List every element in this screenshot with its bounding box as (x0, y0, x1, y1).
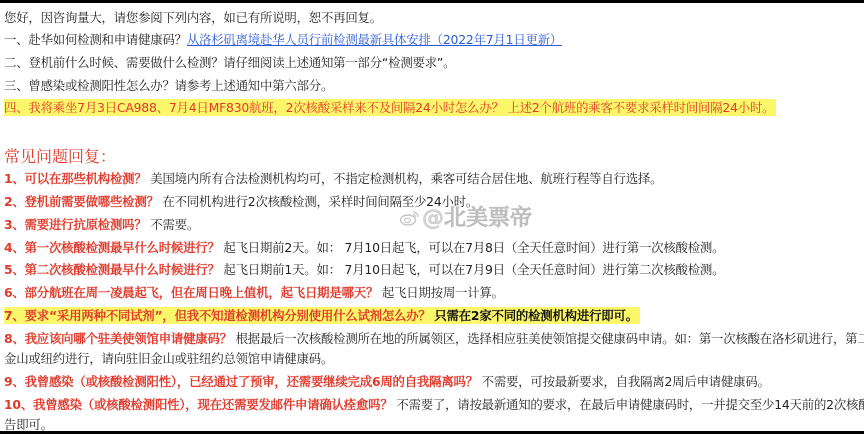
faq-item-8-continued: 金山或纽约进行，请向驻旧金山或驻纽约总领馆申请健康码。 (4, 350, 333, 367)
faq-item-5: 5、第二次核酸检测最早什么时候进行？ 起飞日期前1天。如： 7月10日起飞，可以… (4, 261, 724, 278)
faq-heading: 常见问题回复： (4, 146, 116, 168)
intro-item-2: 二、登机前什么时候、需要做什么检测？请仔细阅读上述通知第一部分“检测要求”。 (4, 54, 455, 71)
faq-question: 3、需要进行抗原检测吗？ (4, 217, 147, 232)
faq-item-6: 6、部分航班在周一凌晨起飞，但在周日晚上值机，起飞日期是哪天？ 起飞日期按周一计… (4, 284, 504, 301)
faq-item-3: 3、需要进行抗原检测吗？ 不需要。 (4, 216, 199, 233)
faq-item-7: 7、要求“采用两种不同试剂”，但我不知道检测机构分别使用什么试剂怎么办？ 只需在… (4, 307, 640, 324)
faq-item-8: 8、我应该向哪个驻美使领馆申请健康码？ 根据最后一次核酸检测所在地的所属领区，选… (4, 330, 864, 347)
faq-question: 5、第二次核酸检测最早什么时候进行？ (4, 262, 220, 277)
faq-item-9: 9、我曾感染（或核酸检测阳性），已经通过了预审，还需要继续完成6周的自我隔离吗？… (4, 373, 770, 390)
faq-question: 2、登机前需要做哪些检测？ (4, 194, 159, 209)
faq-item-1: 1、可以在那些机构检测？ 美国境内所有合法检测机构均可，不指定检测机构，乘客可结… (4, 170, 662, 187)
faq-item-4: 4、第一次核酸检测最早什么时候进行？ 起飞日期前2天。如： 7月10日起飞，可以… (4, 239, 724, 256)
intro-item-1: 一、赴华如何检测和申请健康码？从洛杉矶离境赴华人员行前检测最新具体安排（2022… (4, 31, 562, 48)
faq-document: 您好，因咨询量大，请您参阅下列内容，如已有所说明，恕不再回复。 一、赴华如何检测… (0, 3, 864, 431)
watermark: @北美票帝 (400, 206, 532, 232)
faq-question: 4、第一次核酸检测最早什么时候进行？ (4, 240, 220, 255)
faq-item-10-continued: 告即可。 (4, 416, 53, 431)
faq-question: 10、我曾感染（或核酸检测阳性），现在还需要发邮件申请确认痊愈吗？ (4, 397, 393, 412)
faq-item-10: 10、我曾感染（或核酸检测阳性），现在还需要发邮件申请确认痊愈吗？ 不需要了，请… (4, 396, 864, 413)
faq-answer: 不需要，可按最新要求，自我隔离2周后申请健康码。 (482, 374, 770, 389)
intro-item-4: 四、我将乘坐7月3日CA988、7月4日MF830航班，2次核酸采样来不及间隔2… (4, 99, 776, 116)
faq-answer: 起飞日期前1天。如： 7月10日起飞，可以在7月9日（全天任意时间）进行第二次核… (223, 262, 724, 277)
faq-question: 8、我应该向哪个驻美使领馆申请健康码？ (4, 331, 232, 346)
faq-answer: 美国境内所有合法检测机构均可，不指定检测机构，乘客可结合居住地、航班行程等自行选… (150, 171, 662, 186)
intro-item-3: 三、曾感染或检测阳性怎么办？请参考上述通知中第六部分。 (4, 77, 333, 94)
faq-answer: 不需要了，请按最新通知的要求，在最后申请健康码时，一并提交至少14天前的2次核酸… (396, 397, 864, 412)
testing-arrangement-link[interactable]: 从洛杉矶离境赴华人员行前检测最新具体安排（2022年7月1日更新） (187, 32, 562, 47)
faq-question: 1、可以在那些机构检测？ (4, 171, 147, 186)
faq-question: 6、部分航班在周一凌晨起飞，但在周日晚上值机，起飞日期是哪天？ (4, 285, 378, 300)
intro-item-4-highlighted: 四、我将乘坐7月3日CA988、7月4日MF830航班，2次核酸采样来不及间隔2… (4, 99, 776, 116)
faq-answer: 起飞日期按周一计算。 (382, 285, 504, 300)
faq-question: 9、我曾感染（或核酸检测阳性），已经通过了预审，还需要继续完成6周的自我隔离吗？ (4, 374, 478, 389)
faq-answer: 根据最后一次核酸检测所在地的所属领区，选择相应驻美使领馆提交健康码申请。如：第一… (236, 331, 864, 346)
intro-item-1-prefix: 一、赴华如何检测和申请健康码？ (4, 32, 187, 47)
faq-answer: 只需在2家不同的检测机构进行即可。 (434, 308, 637, 323)
weibo-icon (400, 207, 420, 223)
watermark-text: @北美票帝 (422, 206, 532, 231)
faq-answer: 不需要。 (150, 217, 199, 232)
faq-question: 7、要求“采用两种不同试剂”，但我不知道检测机构分别使用什么试剂怎么办？ (4, 308, 431, 323)
faq-answer: 起飞日期前2天。如： 7月10日起飞，可以在7月8日（全天任意时间）进行第一次核… (223, 240, 724, 255)
greeting-text: 您好，因咨询量大，请您参阅下列内容，如已有所说明，恕不再回复。 (4, 9, 382, 26)
